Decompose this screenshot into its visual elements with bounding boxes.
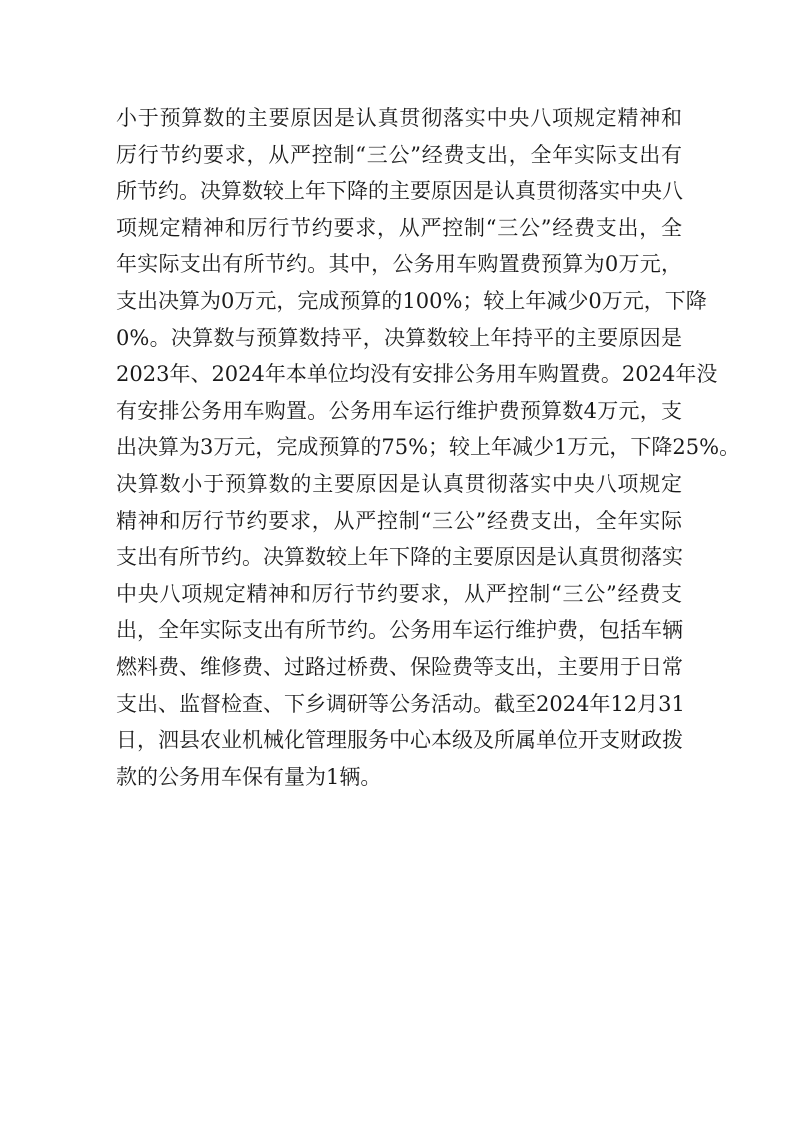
paragraph-line-4: 项规定精神和厉行节约要求，从严控制“三公”经费支出，全	[116, 210, 682, 247]
paragraph-line-19: 款的公务用车保有量为1辆。	[116, 759, 682, 796]
paragraph-line-7: 0%。决算数与预算数持平，决算数较上年持平的主要原因是	[116, 320, 682, 357]
body-paragraph: 小于预算数的主要原因是认真贯彻落实中央八项规定精神和 厉行节约要求，从严控制“三…	[116, 100, 682, 795]
paragraph-line-14: 中央八项规定精神和厉行节约要求，从严控制“三公”经费支	[116, 576, 682, 613]
paragraph-line-1: 小于预算数的主要原因是认真贯彻落实中央八项规定精神和	[116, 100, 682, 137]
paragraph-line-6: 支出决算为0万元，完成预算的100%；较上年减少0万元，下降	[116, 283, 682, 320]
document-page: 小于预算数的主要原因是认真贯彻落实中央八项规定精神和 厉行节约要求，从严控制“三…	[0, 0, 794, 1122]
paragraph-line-13: 支出有所节约。决算数较上年下降的主要原因是认真贯彻落实	[116, 539, 682, 576]
paragraph-line-17: 支出、监督检查、下乡调研等公务活动。截至2024年12月31	[116, 686, 682, 723]
paragraph-line-18: 日，泗县农业机械化管理服务中心本级及所属单位开支财政拨	[116, 722, 682, 759]
paragraph-line-3: 所节约。决算数较上年下降的主要原因是认真贯彻落实中央八	[116, 173, 682, 210]
paragraph-line-16: 燃料费、维修费、过路过桥费、保险费等支出，主要用于日常	[116, 649, 682, 686]
paragraph-line-15: 出，全年实际支出有所节约。公务用车运行维护费，包括车辆	[116, 612, 682, 649]
paragraph-line-5: 年实际支出有所节约。其中，公务用车购置费预算为0万元，	[116, 246, 682, 283]
paragraph-line-8: 2023年、2024年本单位均没有安排公务用车购置费。2024年没	[116, 356, 682, 393]
paragraph-line-2: 厉行节约要求，从严控制“三公”经费支出，全年实际支出有	[116, 137, 682, 174]
paragraph-line-11: 决算数小于预算数的主要原因是认真贯彻落实中央八项规定	[116, 466, 682, 503]
paragraph-line-9: 有安排公务用车购置。公务用车运行维护费预算数4万元，支	[116, 393, 682, 430]
paragraph-line-10: 出决算为3万元，完成预算的75%；较上年减少1万元，下降25%。	[116, 429, 682, 466]
paragraph-line-12: 精神和厉行节约要求，从严控制“三公”经费支出，全年实际	[116, 503, 682, 540]
